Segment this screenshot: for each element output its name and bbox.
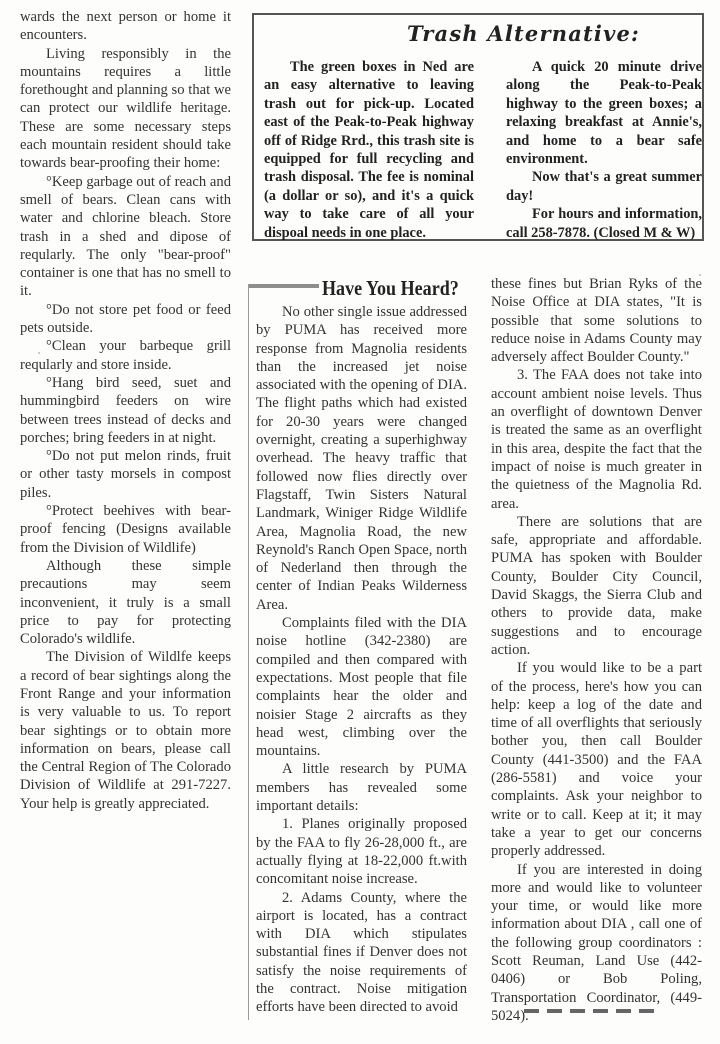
paragraph: Now that's a great summer day! [506, 168, 702, 205]
list-item: 1. Planes originally proposed by the FAA… [256, 815, 467, 888]
paragraph: The green boxes in Ned are an easy alter… [264, 58, 474, 242]
box-right-column: A quick 20 minute drive along the Peak-t… [506, 58, 702, 242]
tip-paragraph: °Do not put melon rinds, fruit or other … [20, 447, 231, 502]
dash [616, 1009, 631, 1013]
paragraph: wards the next person or home it encount… [20, 8, 231, 45]
noise-article-column-2: these fines but Brian Ryks of the Noise … [491, 275, 702, 1025]
box-left-column: The green boxes in Ned are an easy alter… [264, 58, 474, 242]
paragraph: A quick 20 minute drive along the Peak-t… [506, 58, 702, 168]
list-item: 3. The FAA does not take into account am… [491, 366, 702, 512]
paragraph: There are solutions that are safe, appro… [491, 513, 702, 659]
dash [593, 1009, 608, 1013]
dash [524, 1009, 539, 1013]
tip-paragraph: °Do not store pet food or feed pets outs… [20, 301, 231, 338]
list-item: 2. Adams County, where the airport is lo… [256, 889, 467, 1017]
print-speck [38, 352, 40, 354]
tip-paragraph: °Clean your barbeque grill reqularly and… [20, 337, 231, 374]
dash [639, 1009, 654, 1013]
column-rule [248, 284, 249, 1020]
print-speck [699, 274, 701, 276]
paragraph: A little research by PUMA members has re… [256, 760, 467, 815]
paragraph: these fines but Brian Ryks of the Noise … [491, 275, 702, 366]
box-title: Trash Alternative: [254, 21, 702, 46]
paragraph: Although these simple precautions may se… [20, 557, 231, 648]
trash-alternative-box: Trash Alternative: The green boxes in Ne… [252, 13, 704, 241]
header-bar-decoration [248, 284, 319, 288]
end-of-article-mark [524, 1009, 654, 1013]
section-heading: Have You Heard? [322, 276, 459, 301]
bear-article-column: wards the next person or home it encount… [20, 8, 231, 813]
paragraph: For hours and information, call 258-7878… [506, 205, 702, 242]
paragraph: If you are interested in doing more and … [491, 861, 702, 1026]
paragraph: The Division of Wildlfe keeps a record o… [20, 648, 231, 813]
paragraph: No other single issue addressed by PUMA … [256, 303, 467, 614]
dash [570, 1009, 585, 1013]
noise-article-column-1: No other single issue addressed by PUMA … [256, 303, 467, 1017]
tip-paragraph: °Keep garbage out of reach and smell of … [20, 173, 231, 301]
tip-paragraph: °Protect beehives with bear-proof fencin… [20, 502, 231, 557]
tip-paragraph: °Hang bird seed, suet and hummingbird fe… [20, 374, 231, 447]
dash [547, 1009, 562, 1013]
paragraph: If you would like to be a part of the pr… [491, 659, 702, 860]
paragraph: Living responsibly in the mountains requ… [20, 45, 231, 173]
paragraph: Complaints filed with the DIA noise hotl… [256, 614, 467, 760]
